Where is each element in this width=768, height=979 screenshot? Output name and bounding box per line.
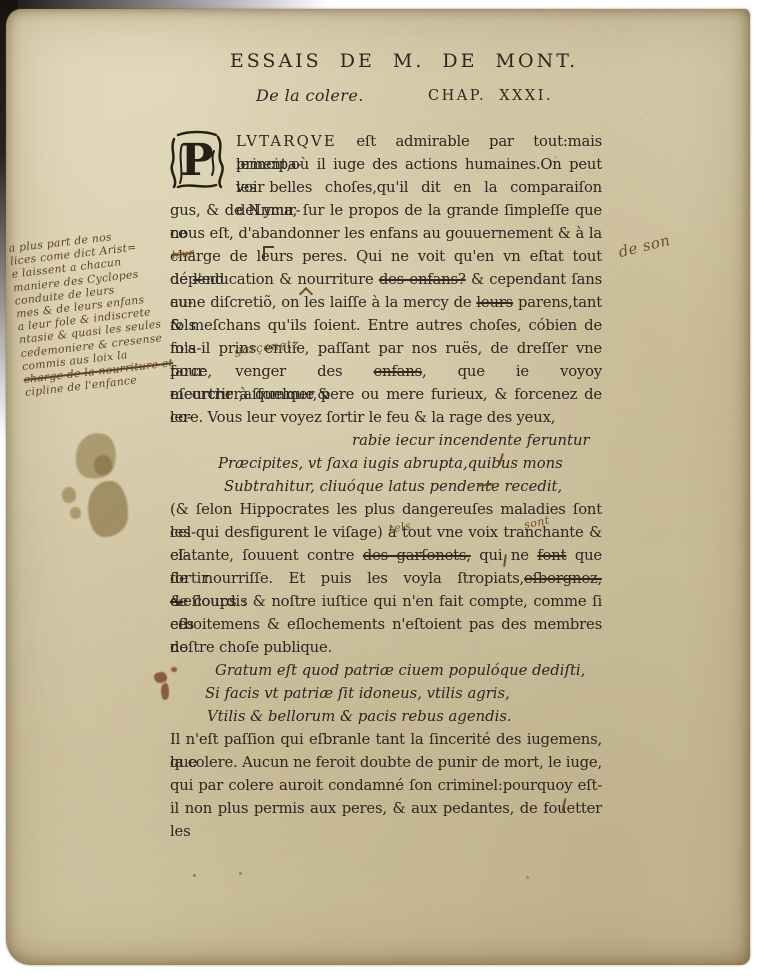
chapter-heading: De la colere. bbox=[256, 86, 364, 105]
text-line: Subtrahitur, cliuóque latus pendente rec… bbox=[170, 475, 602, 498]
text-line: la colere. Aucun ne feroit doubte de pun… bbox=[170, 751, 602, 774]
text-line: Vtilis & bellorum & pacis rebus agendis. bbox=[170, 705, 602, 728]
struck-text: font bbox=[537, 547, 566, 564]
text-segment: Subtrahitur, cliuóque latus pendente rec… bbox=[224, 478, 562, 495]
margin-note-left: a plus part de noslices come dict Arist=… bbox=[8, 223, 195, 400]
stain-blob bbox=[88, 481, 128, 537]
struck-text: des enfans? bbox=[379, 271, 466, 288]
struck-text: des garſonets, bbox=[363, 547, 471, 564]
text-line: il non plus permis aux peres, & aux peda… bbox=[170, 797, 602, 820]
stain-blob bbox=[62, 487, 76, 503]
text-segment: Si facis vt patriæ ſit idoneus, vtilis a… bbox=[205, 685, 510, 702]
stain-blob bbox=[94, 455, 112, 475]
text-line: Præcipites, vt ſaxa iugis abrupta,quibus… bbox=[170, 452, 602, 475]
text-segment: rabie iecur incendente feruntur bbox=[352, 432, 590, 449]
body-text: LVTARQVE eſt admirable par tout:mais pri… bbox=[170, 130, 602, 820]
text-line: (& ſelon Hippocrates les plus dangereuſe… bbox=[170, 498, 602, 521]
text-line: Gratum eſt quod patriæ ciuem populóque d… bbox=[170, 659, 602, 682]
text-line: meurtrir à quelque pere ou mere furieux,… bbox=[170, 383, 602, 406]
blot-dot bbox=[161, 683, 169, 700]
text-line: de nourriſſe. Et puis les voyla ſtropiat… bbox=[170, 567, 602, 590]
stain-blob bbox=[70, 507, 81, 519]
text-line: cune diſcretiõ, on les laiſſe à la mercy… bbox=[170, 291, 602, 314]
blot-dot bbox=[154, 672, 167, 683]
text-line: les belles choſes,qu'il dit en la compar… bbox=[170, 176, 602, 199]
struck-text: l' bbox=[193, 271, 201, 288]
blot-dot bbox=[171, 667, 177, 672]
struck-text: leurs bbox=[476, 294, 513, 311]
ink-blot bbox=[152, 664, 182, 704]
text-segment: Vtilis & bellorum & pacis rebus agendis. bbox=[207, 708, 512, 725]
text-segment: la colere. Aucun ne feroit doubte de pun… bbox=[170, 754, 602, 771]
scan-background: { "scan": { "paper_color": "#d1c5a3", "p… bbox=[0, 0, 768, 979]
text-line: & meſchans qu'ils ſoient. Entre autres c… bbox=[170, 314, 602, 337]
text-segment: de nourriſſe. Et puis les voyla ſtropiat… bbox=[170, 570, 524, 587]
text-line: de l'education & nourriture des enfans? … bbox=[170, 268, 602, 291]
text-segment: education & nourriture bbox=[202, 271, 379, 288]
text-segment: clatante, ſouuent contre bbox=[170, 547, 363, 564]
text-line: nous eſt, d'abandonner les enfans au gou… bbox=[170, 222, 602, 245]
text-line: lere. Vous leur voyez ſortir le feu & la… bbox=[170, 406, 602, 429]
text-line: LVTARQVE eſt admirable par tout:mais pri… bbox=[170, 130, 602, 153]
chapter-label: CHAP. XXXI. bbox=[428, 88, 553, 104]
text-line: eſboitemens & eſlochements n'eſtoient pa… bbox=[170, 613, 602, 636]
struck-text: enfans bbox=[374, 363, 423, 380]
text-segment: Gratum eſt quod patriæ ciuem populóque d… bbox=[215, 662, 585, 679]
text-segment: cune diſcretiõ, on les laiſſe à la mercy… bbox=[170, 294, 476, 311]
text-line: lement,où il iuge des actions humaines.O… bbox=[170, 153, 602, 176]
text-segment: Præcipites, vt ſaxa iugis abrupta,quibus… bbox=[218, 455, 563, 472]
text-line: qui par colere auroit condamné ſon crimi… bbox=[170, 774, 602, 797]
text-segment: LVTARQVE bbox=[236, 133, 337, 150]
text-segment: lere. Vous leur voyez ſortir le feu & la… bbox=[170, 409, 555, 426]
paper-speckles bbox=[193, 874, 196, 877]
text-segment: qui par colere auroit condamné ſon crimi… bbox=[170, 777, 602, 794]
ink-stain bbox=[60, 425, 130, 537]
stain-blob bbox=[72, 429, 121, 482]
running-title: ESSAIS DE M. DE MONT. bbox=[188, 50, 620, 72]
text-segment: qui ne bbox=[471, 547, 537, 564]
handwritten-word: de son bbox=[617, 231, 672, 261]
text-line: clatante, ſouuent contre des garſonets, … bbox=[170, 544, 602, 567]
text-segment: il non plus permis aux peres, & aux peda… bbox=[170, 800, 602, 840]
text-line: m'a-il prins enuie, paſſant par nos ruës… bbox=[170, 337, 602, 360]
text-line: rabie iecur incendente feruntur bbox=[170, 429, 602, 452]
text-segment: pour venger des bbox=[170, 363, 374, 380]
text-line: pour venger des enfans, que ie voyoy eſc… bbox=[170, 360, 602, 383]
text-line: noſtre choſe publique. bbox=[170, 636, 602, 659]
text-line: de coups : & noſtre iuſtice qui n'en fai… bbox=[170, 590, 602, 613]
text-line: gus, & de Numa, ſur le propos de la gran… bbox=[170, 199, 602, 222]
book-page: ESSAIS DE M. DE MONT. De la colere. CHAP… bbox=[6, 9, 750, 965]
text-line: charge de leurs peres. Qui ne voit qu'en… bbox=[170, 245, 602, 268]
text-segment: noſtre choſe publique. bbox=[170, 639, 332, 656]
text-line: les qui desfigurent le viſage) à tout vn… bbox=[170, 521, 602, 544]
text-segment: nous eſt, d'abandonner les enfans au gou… bbox=[170, 225, 602, 242]
text-line: Il n'eſt paſſion qui eſbranle tant la ſi… bbox=[170, 728, 602, 751]
text-line: Si facis vt patriæ ſit idoneus, vtilis a… bbox=[170, 682, 602, 705]
